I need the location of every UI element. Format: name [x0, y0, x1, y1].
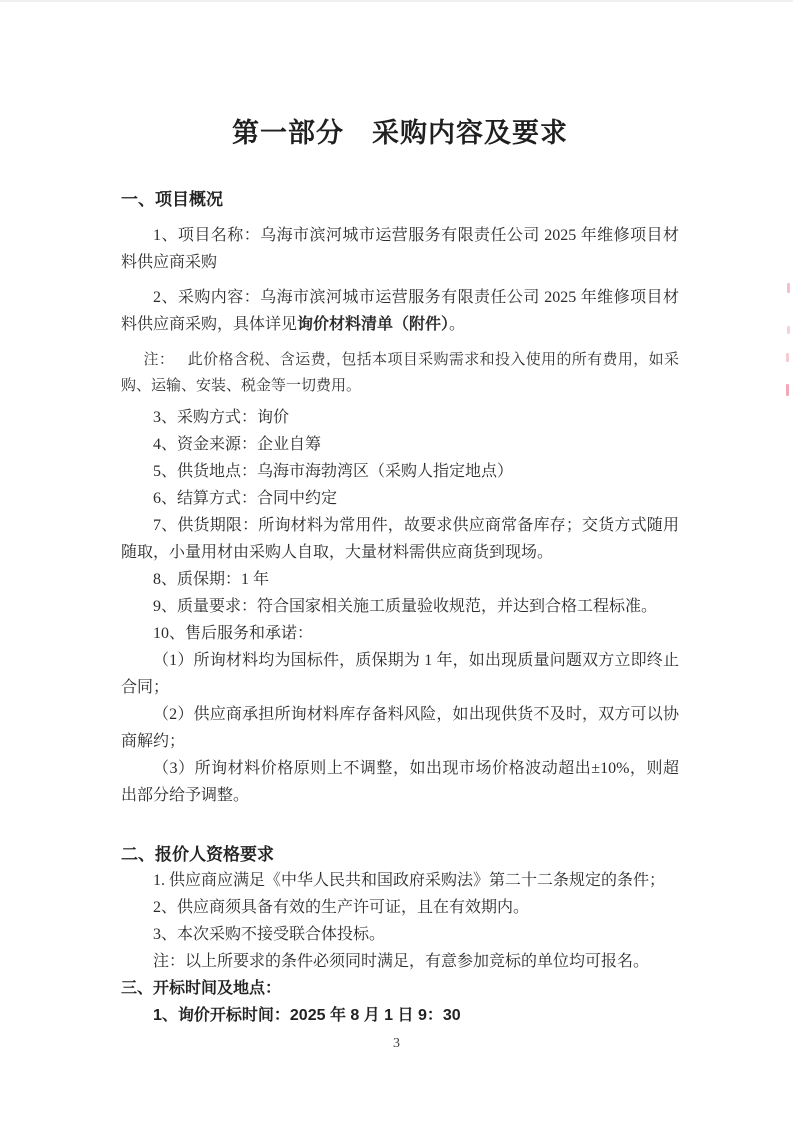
paragraph-after-sales-heading: 10、售后服务和承诺：: [121, 620, 679, 647]
section-bid-opening: 三、开标时间及地点： 1、询价开标时间：2025 年 8 月 1 日 9：30: [121, 975, 679, 1029]
paragraph-procurement-content: 2、采购内容：乌海市滨河城市运营服务有限责任公司 2025 年维修项目材料供应商…: [121, 284, 679, 338]
page-title: 第一部分 采购内容及要求: [121, 112, 679, 154]
page-number: 3: [0, 1036, 793, 1052]
scan-artifact-red-mark: [786, 384, 789, 396]
section-qualification-heading: 二、报价人资格要求: [121, 843, 679, 867]
paragraph-qualification-1: 1. 供应商应满足《中华人民共和国政府采购法》第二十二条规定的条件；: [121, 867, 679, 894]
paragraph-funding-source: 4、资金来源：企业自筹: [121, 431, 679, 458]
section-project-overview: 一、项目概况 1、项目名称：乌海市滨河城市运营服务有限责任公司 2025 年维修…: [121, 188, 679, 809]
section-opening-heading: 三、开标时间及地点：: [121, 975, 679, 1002]
paragraph-settlement-method: 6、结算方式：合同中约定: [121, 485, 679, 512]
paragraph-qualification-note: 注：以上所要求的条件必须同时满足，有意参加竞标的单位均可报名。: [121, 948, 679, 975]
paragraph-qualification-2: 2、供应商须具备有效的生产许可证，且在有效期内。: [121, 894, 679, 921]
procurement-content-period: 。: [449, 316, 465, 333]
note-label: 注：: [144, 351, 175, 368]
document-content: 第一部分 采购内容及要求 一、项目概况 1、项目名称：乌海市滨河城市运营服务有限…: [121, 0, 679, 1029]
paragraph-after-sales-3: （3）所询材料价格原则上不调整，如出现市场价格波动超出±10%，则超出部分给予调…: [121, 755, 679, 809]
section-bidder-qualification: 二、报价人资格要求 1. 供应商应满足《中华人民共和国政府采购法》第二十二条规定…: [121, 843, 679, 975]
section-overview-heading: 一、项目概况: [121, 188, 679, 212]
paragraph-quality-requirement: 9、质量要求：符合国家相关施工质量验收规范，并达到合格工程标准。: [121, 593, 679, 620]
paragraph-after-sales-2: （2）供应商承担所询材料库存备料风险，如出现供货不及时，双方可以协商解约；: [121, 701, 679, 755]
paragraph-delivery-location: 5、供货地点：乌海市海勃湾区（采购人指定地点）: [121, 458, 679, 485]
paragraph-opening-time: 1、询价开标时间：2025 年 8 月 1 日 9：30: [121, 1002, 679, 1029]
paragraph-price-note: 注：此价格含税、含运费，包括本项目采购需求和投入使用的所有费用，如采购、运输、安…: [121, 347, 679, 399]
paragraph-supply-period: 7、供货期限：所询材料为常用件，故要求供应商常备库存；交货方式随用随取，小量用材…: [121, 512, 679, 566]
document-page: 第一部分 采购内容及要求 一、项目概况 1、项目名称：乌海市滨河城市运营服务有限…: [0, 0, 793, 1123]
scan-artifact-red-mark: [787, 283, 790, 293]
note-text: 此价格含税、含运费，包括本项目采购需求和投入使用的所有费用，如采购、运输、安装、…: [121, 351, 679, 394]
scan-artifact-red-mark: [787, 326, 790, 334]
inquiry-list-reference: 询价材料清单（附件）: [297, 316, 449, 333]
paragraph-procurement-method: 3、采购方式：询价: [121, 404, 679, 431]
paragraph-qualification-3: 3、本次采购不接受联合体投标。: [121, 921, 679, 948]
paragraph-after-sales-1: （1）所询材料均为国标件，质保期为 1 年，如出现质量问题双方立即终止合同；: [121, 647, 679, 701]
paragraph-warranty: 8、质保期：1 年: [121, 566, 679, 593]
paragraph-project-name: 1、项目名称：乌海市滨河城市运营服务有限责任公司 2025 年维修项目材料供应商…: [121, 222, 679, 276]
scan-artifact-red-mark: [786, 353, 789, 362]
